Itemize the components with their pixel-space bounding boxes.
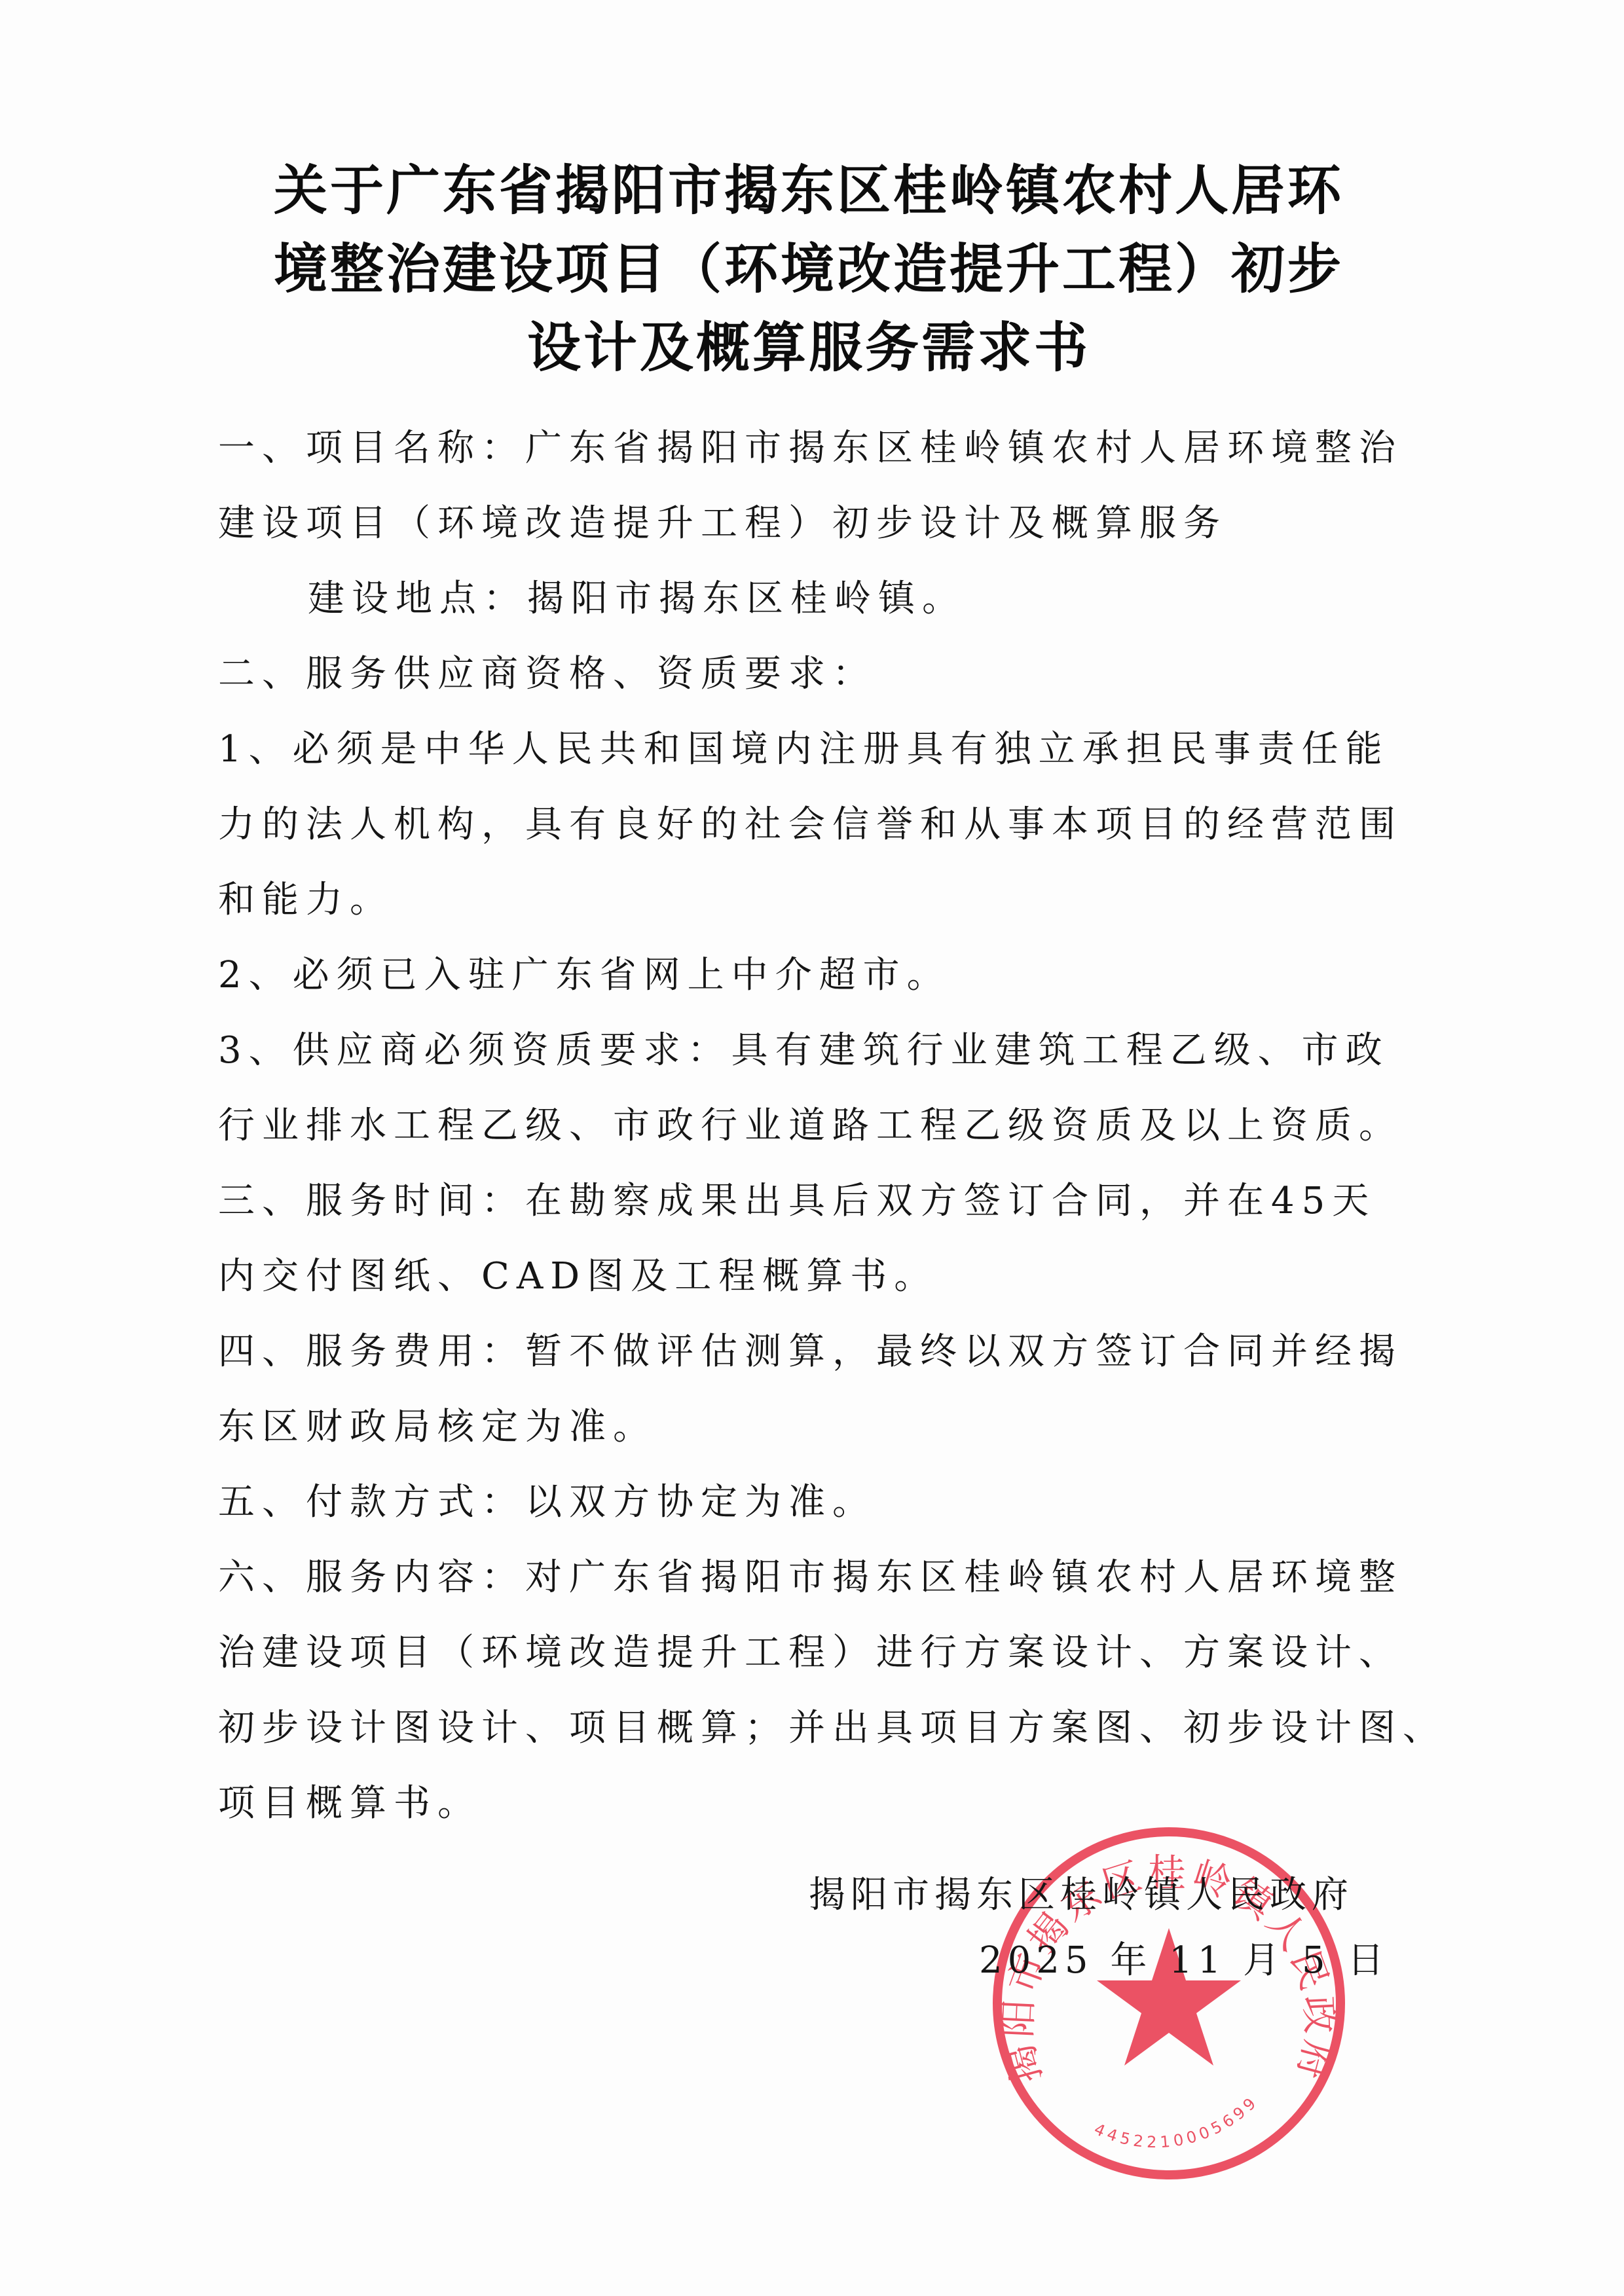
qualification-item-1-line-1: 1、必须是中华人民共和国境内注册具有独立承担民事责任能 — [218, 727, 1390, 773]
service-fee-line-2: 东区财政局核定为准。 — [218, 1404, 657, 1450]
title-line-2: 境整治建设项目（环境改造提升工程）初步 — [216, 230, 1401, 309]
qualification-item-3-line-2: 行业排水工程乙级、市政行业道路工程乙级资质及以上资质。 — [218, 1103, 1403, 1149]
qualification-item-1-line-3: 和能力。 — [218, 877, 394, 923]
qualification-item-3-line-1: 3、供应商必须资质要求：具有建筑行业建筑工程乙级、市政 — [218, 1028, 1390, 1074]
qualification-item-1-line-2: 力的法人机构，具有良好的社会信誉和从事本项目的经营范围 — [218, 802, 1403, 848]
seal-code: 4452210005699 — [1092, 2092, 1263, 2151]
project-location: 建设地点：揭阳市揭东区桂岭镇。 — [308, 576, 966, 622]
document-page: 关于广东省揭阳市揭东区桂岭镇农村人居环 境整治建设项目（环境改造提升工程）初步 … — [0, 0, 1624, 2296]
qualification-item-2-line-1: 2、必须已入驻广东省网上中介超市。 — [218, 953, 951, 998]
project-name-line-1: 一、项目名称：广东省揭阳市揭东区桂岭镇农村人居环境整治 — [218, 426, 1403, 471]
service-content-line-4: 项目概算书。 — [218, 1781, 481, 1827]
service-time-line-1: 三、服务时间：在勘察成果出具后双方签订合同，并在45天 — [218, 1178, 1376, 1224]
project-name-line-2: 建设项目（环境改造提升工程）初步设计及概算服务 — [218, 501, 1227, 547]
title-line-3: 设计及概算服务需求书 — [216, 309, 1401, 388]
issuer-name: 揭阳市揭东区桂岭镇人民政府 — [809, 1872, 1354, 1918]
document-title: 关于广东省揭阳市揭东区桂岭镇农村人居环 境整治建设项目（环境改造提升工程）初步 … — [216, 152, 1401, 388]
title-line-1: 关于广东省揭阳市揭东区桂岭镇农村人居环 — [216, 152, 1401, 230]
qualifications-heading: 二、服务供应商资格、资质要求： — [218, 651, 876, 697]
payment-line-1: 五、付款方式：以双方协定为准。 — [218, 1480, 876, 1525]
service-content-line-1: 六、服务内容：对广东省揭阳市揭东区桂岭镇农村人居环境整 — [218, 1555, 1403, 1601]
service-content-line-3: 初步设计图设计、项目概算；并出具项目方案图、初步设计图、 — [218, 1705, 1447, 1751]
service-fee-line-1: 四、服务费用：暂不做评估测算，最终以双方签订合同并经揭 — [218, 1329, 1403, 1375]
issue-date: 2025 年 11 月 5 日 — [979, 1938, 1389, 1984]
service-content-line-2: 治建设项目（环境改造提升工程）进行方案设计、方案设计、 — [218, 1630, 1403, 1676]
service-time-line-2: 内交付图纸、CAD图及工程概算书。 — [218, 1254, 938, 1300]
